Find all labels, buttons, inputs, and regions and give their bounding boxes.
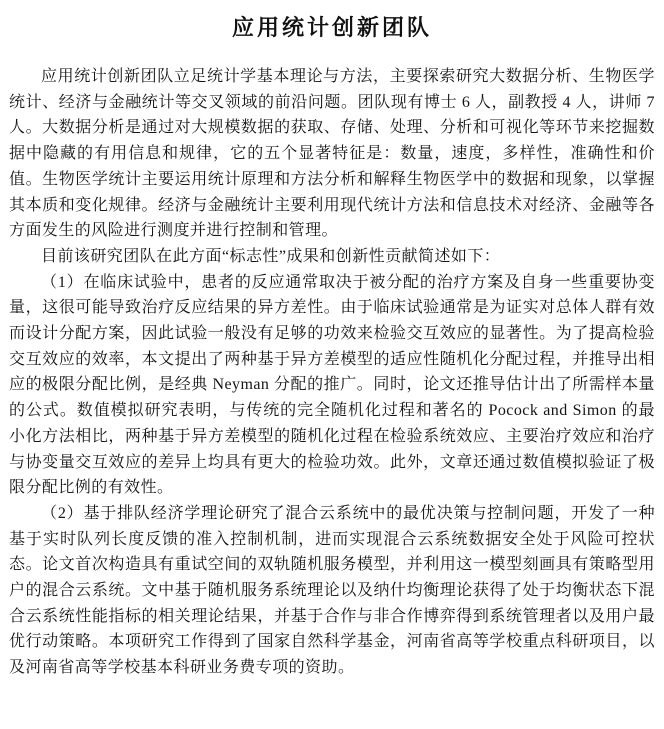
- paragraph-achievements-lead: 目前该研究团队在此方面“标志性”成果和创新性贡献简述如下：: [9, 244, 655, 270]
- document-body: 应用统计创新团队立足统计学基本理论与方法，主要探索研究大数据分析、生物医学统计、…: [9, 64, 655, 681]
- paragraph-contribution-1: （1）在临床试验中，患者的反应通常取决于被分配的治疗方案及自身一些重要协变量，这…: [9, 270, 655, 501]
- paragraph-team-intro: 应用统计创新团队立足统计学基本理论与方法，主要探索研究大数据分析、生物医学统计、…: [9, 64, 655, 244]
- page-title: 应用统计创新团队: [9, 12, 655, 44]
- document-page: 应用统计创新团队 应用统计创新团队立足统计学基本理论与方法，主要探索研究大数据分…: [0, 0, 664, 729]
- paragraph-contribution-2: （2）基于排队经济学理论研究了混合云系统中的最优决策与控制问题，开发了一种基于实…: [9, 501, 655, 681]
